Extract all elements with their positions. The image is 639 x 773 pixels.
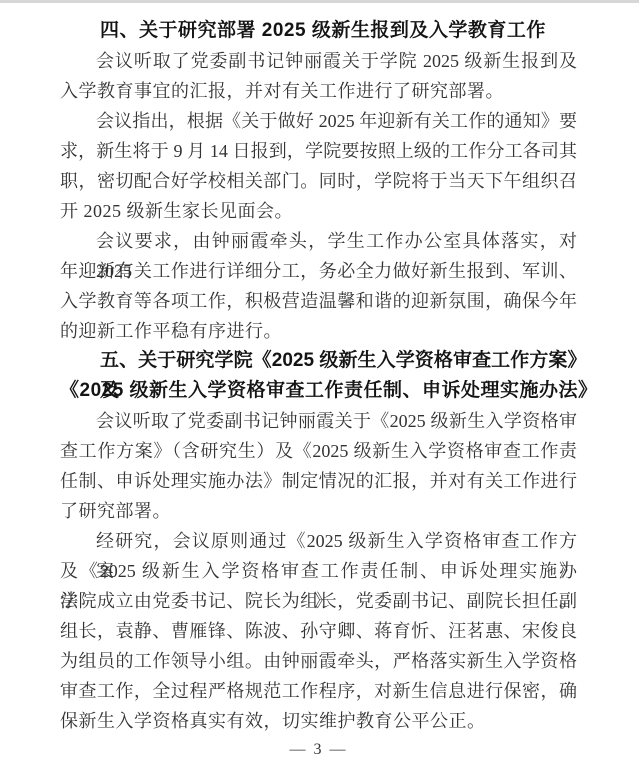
doc-line: 查工作方案》（含研究生）及《2025 级新生入学资格审查工作责 [60, 436, 577, 466]
section-4-heading: 四、关于研究部署 2025 级新生报到及入学教育工作 [60, 16, 577, 46]
doc-line: 任制、申诉处理实施办法》制定情况的汇报，并对有关工作进行 [60, 466, 577, 496]
doc-line: 求，新生将于 9 月 14 日报到，学院要按照上级的工作分工各司其 [60, 136, 577, 166]
doc-line: 为组员的工作领导小组。由钟丽霞牵头，严格落实新生入学资格 [60, 646, 577, 676]
doc-line: 保新生入学资格真实有效，切实维护教育公平公正。 [60, 706, 577, 736]
doc-line: 会议要求，由钟丽霞牵头，学生工作办公室具体落实，对 2025 [60, 226, 577, 256]
doc-line: 入学教育等各项工作，积极营造温馨和谐的迎新氛围，确保今年 [60, 286, 577, 316]
doc-line: 组长，袁静、曹雁锋、陈波、孙守卿、蒋育忻、汪茗惠、宋俊良 [60, 616, 577, 646]
doc-line: 职，密切配合好学校相关部门。同时，学院将于当天下午组织召 [60, 166, 577, 196]
doc-line: 经研究，会议原则通过《2025 级新生入学资格审查工作方案》 [60, 526, 577, 556]
section-5-heading-line-1: 五、关于研究学院《2025 级新生入学资格审查工作方案》及 [60, 346, 577, 376]
doc-line: 审查工作，全过程严格规范工作程序，对新生信息进行保密，确 [60, 676, 577, 706]
doc-line: 会议听取了党委副书记钟丽霞关于《2025 级新生入学资格审 [60, 406, 577, 436]
doc-line: 入学教育事宜的汇报，并对有关工作进行了研究部署。 [60, 76, 577, 106]
document-content: 四、关于研究部署 2025 级新生报到及入学教育工作 会议听取了党委副书记钟丽霞… [0, 3, 639, 759]
page-number: — 3 — [60, 741, 577, 759]
doc-line: 会议听取了党委副书记钟丽霞关于学院 2025 级新生报到及 [60, 46, 577, 76]
doc-line: 会议指出，根据《关于做好 2025 年迎新有关工作的通知》要 [60, 106, 577, 136]
doc-line: 了研究部署。 [60, 496, 577, 526]
doc-line: 的迎新工作平稳有序进行。 [60, 316, 577, 346]
document-page: 四、关于研究部署 2025 级新生报到及入学教育工作 会议听取了党委副书记钟丽霞… [0, 0, 639, 773]
doc-line: 年迎新有关工作进行详细分工，务必全力做好新生报到、军训、 [60, 256, 577, 286]
doc-line: 学院成立由党委书记、院长为组长，党委副书记、副院长担任副 [60, 586, 577, 616]
doc-line: 及《2025 级新生入学资格审查工作责任制、申诉处理实施办法》。 [60, 556, 577, 586]
section-5-heading-line-2: 《2025 级新生入学资格审查工作责任制、申诉处理实施办法》 [60, 376, 577, 406]
doc-line: 开 2025 级新生家长见面会。 [60, 196, 577, 226]
